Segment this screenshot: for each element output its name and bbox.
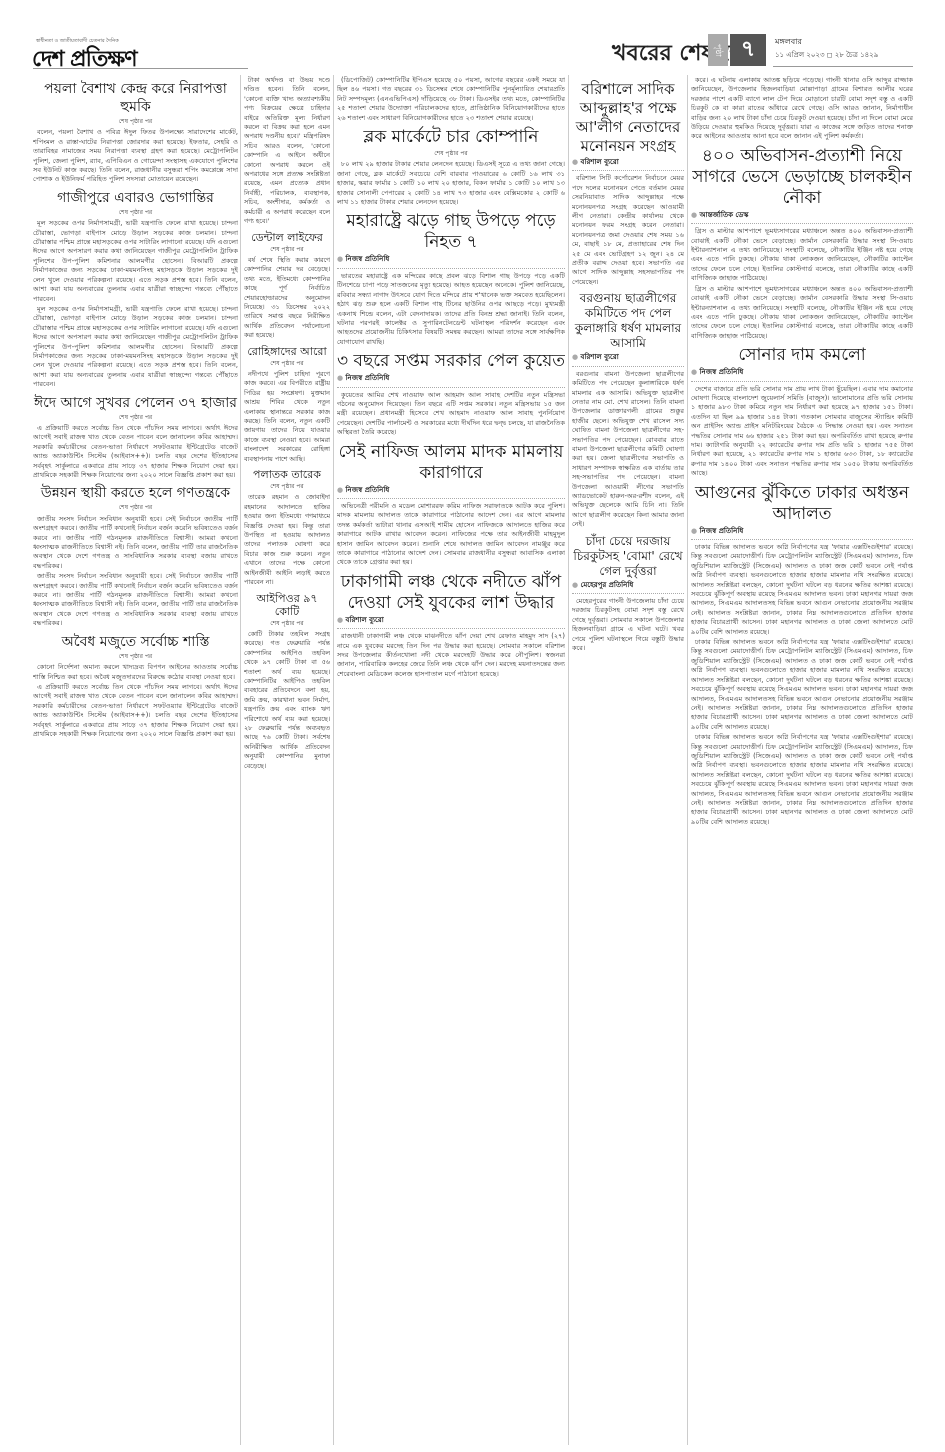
issue-date: ১১ এপ্রিল ২০২৩ ◻ ২৮ চৈত্র ১৪২৯ (775, 49, 878, 61)
article-body: তারেক রহমান ও জোবাইদা রহমানের আদালতে হাজ… (244, 493, 330, 587)
byline: বরিশাল ব্যুরো (572, 353, 684, 366)
continuation-note: শেষ পৃষ্ঠার পর (33, 413, 238, 422)
headline: ঢাকাগামী লঞ্চ থেকে নদীতে ঝাঁপ দেওয়া সেই… (337, 572, 565, 614)
byline: নিজস্ব প্রতিনিধি (691, 527, 913, 540)
article-body: করে। এ ঘটনায় এলাকায় আতঙ্ক ছড়িয়ে পড়ে… (691, 76, 913, 142)
headline: গাজীপুরে এবারও ভোগান্তির (33, 189, 238, 207)
byline: বরিশাল ব্যুরো (572, 158, 684, 171)
headline: উন্নয়ন স্থায়ী করতে হলে গণতন্ত্রকে (33, 484, 238, 502)
byline: নিজস্ব প্রতিনিধি (337, 374, 565, 387)
article-body: বরগুনার বামনা উপজেলা ছাত্রলীগের কমিটিতে … (572, 370, 684, 530)
continuation-note: শেষ পৃষ্ঠার পর (244, 482, 330, 491)
headline: বরিশালে সাদিক আব্দুল্লাহ'র পক্ষে আ'লীগ ন… (572, 80, 684, 156)
column-3: (ডিপোজিট) কোম্পানিটির ইপিএস হয়েছে ৫০ পয… (337, 76, 565, 1446)
article-body: কুয়েতের আমির শেখ নাওয়াফ আল আহমাদ আল সা… (337, 391, 565, 438)
continuation-note: শেষ পৃষ্ঠার পর (33, 503, 238, 512)
article-body: দেশের বাজারে প্রতি ভরি সোনার দাম প্রায় … (691, 385, 913, 479)
article-body: টাকা অর্থদণ্ড বা উভয় দণ্ডে দণ্ডিত হবেন।… (244, 76, 330, 227)
article-body: ঢাকার বিভিন্ন আদালত ভবনে অগ্নি নির্বাপণে… (691, 543, 913, 637)
headline: চাঁদা চেয়ে দরজায় চিরকুটসহ 'বোমা' রেখে … (572, 534, 684, 579)
headline: সোনার দাম কমলো (691, 345, 913, 366)
article-body: জাতীয় সংসদ নির্বাচন সংবিধান অনুযায়ী হব… (33, 572, 238, 628)
issue-day: মঙ্গলবার (775, 36, 802, 49)
article-body: বরিশাল সিটি কর্পোরেশন নির্বাচনে মেয়র পদ… (572, 174, 684, 287)
byline: আন্তর্জাতিক ডেস্ক (691, 211, 913, 224)
headline: বরগুনায় ছাত্রলীগের কমিটিতে পদ পেল কুলাঙ… (572, 291, 684, 351)
headline: পয়লা বৈশাখ কেন্দ্র করে নিরাপত্তা হুমকি (33, 80, 238, 116)
headline: মহারাষ্ট্রে ঝড়ে গাছ উপড়ে পড়ে নিহত ৭ (337, 211, 565, 253)
headline: রোহিঙ্গাদের আরো (244, 345, 330, 358)
column-2: টাকা অর্থদণ্ড বা উভয় দণ্ডে দণ্ডিত হবেন।… (244, 76, 330, 1446)
newspaper-logo: দেশ প্রতিক্ষণ (32, 42, 137, 79)
article-body: বর্ষ শেষে স্থিতি করার কারণে কোম্পানির শে… (244, 256, 330, 341)
headline: ব্লক মার্কেটে চার কোম্পানি (337, 127, 565, 148)
continuation-note: শেষ পৃষ্ঠার পর (244, 245, 330, 254)
byline: মেহেরপুর প্রতিনিধি (572, 581, 684, 594)
byline: নিজস্ব প্রতিনিধি (337, 486, 565, 499)
continuation-note: শেষ পৃষ্ঠার পর (244, 619, 330, 628)
column-divider (568, 75, 569, 1445)
headline: অবৈধ মজুতে সর্বোচ্চ শাস্তি (33, 633, 238, 651)
article-body: অভিনেত্রী পরীমনি ও মডেল মোশাররফ করিম নাফ… (337, 502, 565, 568)
column-divider (240, 75, 241, 1445)
continuation-note: শেষ পৃষ্ঠার পর (33, 117, 238, 126)
byline: নিজস্ব প্রতিনিধি (337, 255, 565, 268)
headline: ডেন্টাল লাইফের (244, 231, 330, 244)
byline: বরিশাল ব্যুরো (337, 616, 565, 629)
column-4: বরিশালে সাদিক আব্দুল্লাহ'র পক্ষে আ'লীগ ন… (572, 76, 684, 1446)
column-divider (333, 75, 334, 1445)
continuation-note: শেষ পৃষ্ঠার পর (33, 652, 238, 661)
column-5: করে। এ ঘটনায় এলাকায় আতঙ্ক ছড়িয়ে পড়ে… (691, 76, 913, 1446)
article-body: মূল সড়কের ওপর নির্মাণসামগ্রী, ভারী যন্ত… (33, 305, 238, 390)
masthead-rule (33, 68, 248, 69)
headline: আইপিওর ৯৭ কোটি (244, 592, 330, 618)
article-body: মেহেরপুরের গাংনী উপজেলায় চাঁদা চেয়ে দর… (572, 597, 684, 653)
page-number: ৭ (730, 34, 766, 66)
article-body: এ প্রক্রিয়াটি করতে সর্বোচ্চ তিন থেকে পা… (33, 424, 238, 480)
headline: ঈদে আগে সুখবর পেলেন ৩৭ হাজার (33, 394, 238, 412)
continuation-note: শেষ পৃষ্ঠার পর (337, 149, 565, 158)
headline: আগুনের ঝুঁকিতে ঢাকার অধস্তন আদালত (691, 483, 913, 525)
masthead-rule (773, 66, 913, 67)
article-body: ঢাকার বিভিন্ন আদালত ভবনে অগ্নি নির্বাপণে… (691, 638, 913, 732)
headline: পলাতক তারেক (244, 468, 330, 481)
article-body: বলেন, পয়লা বৈশাখ ও পবিত্র ঈদুল ফিতর উপল… (33, 128, 238, 184)
column-1: পয়লা বৈশাখ কেন্দ্র করে নিরাপত্তা হুমকি … (33, 76, 238, 1446)
headline: ৩ বছরে সপ্তম সরকার পেল কুয়েত (337, 351, 565, 372)
column-divider (687, 75, 688, 1445)
article-body: (ডিপোজিট) কোম্পানিটির ইপিএস হয়েছে ৫০ পয… (337, 76, 565, 123)
article-body: এ প্রক্রিয়াটি করতে সর্বোচ্চ তিন থেকে পা… (33, 683, 238, 739)
continuation-note: শেষ পৃষ্ঠার পর (33, 208, 238, 217)
article-body: ৮০ লাখ ২৯ হাজার টাকার শেয়ার লেনদেন হয়ে… (337, 160, 565, 207)
article-body: গ্রিস ও মাল্টার আশপাশে ভূমধ্যসাগরের মধ্য… (691, 227, 913, 283)
article-body: কোনো নির্দেশনা অমান্য করলে খাদ্যদ্রব্য ব… (33, 663, 238, 682)
article-body: ভারতের মহারাষ্ট্রে এক মন্দিরের কাছে প্রব… (337, 272, 565, 347)
headline: ৪০০ অভিবাসন-প্রত্যাশী নিয়ে সাগরে ভেসে ভ… (691, 146, 913, 209)
article-body: কোটি টাকার তহবিল সংগ্রহ করেছে। গত ফেব্রু… (244, 630, 330, 771)
masthead: স্বাধীনতা ও জাতীয়তাবাদী চেতনার দৈনিক দে… (0, 0, 945, 62)
article-body: গ্রিস ও মাল্টার আশপাশে ভূমধ্যসাগরের মধ্য… (691, 285, 913, 341)
article-body: জাতীয় সংসদ নির্বাচন সংবিধান অনুযায়ী হব… (33, 515, 238, 571)
continuation-note: শেষ পৃষ্ঠার পর (244, 359, 330, 368)
byline: নিজস্ব প্রতিনিধি (691, 368, 913, 381)
article-body: রাজধানী ঢাকাগামী লঞ্চ থেকে মাঝনদীতে ঝাঁপ… (337, 632, 565, 679)
page-label: পৃষ্ঠা (708, 34, 728, 66)
article-body: মূল সড়কের ওপর নির্মাণসামগ্রী, ভারী যন্ত… (33, 219, 238, 304)
article-body: নদীপথে পুলিশ চাহিদা পূরণে কাজ করবে। এর ব… (244, 370, 330, 464)
article-body: ঢাকার বিভিন্ন আদালত ভবনে অগ্নি নির্বাপণে… (691, 733, 913, 827)
headline: সেই নাফিজ আলম মাদক মামলায় কারাগারে (337, 442, 565, 484)
